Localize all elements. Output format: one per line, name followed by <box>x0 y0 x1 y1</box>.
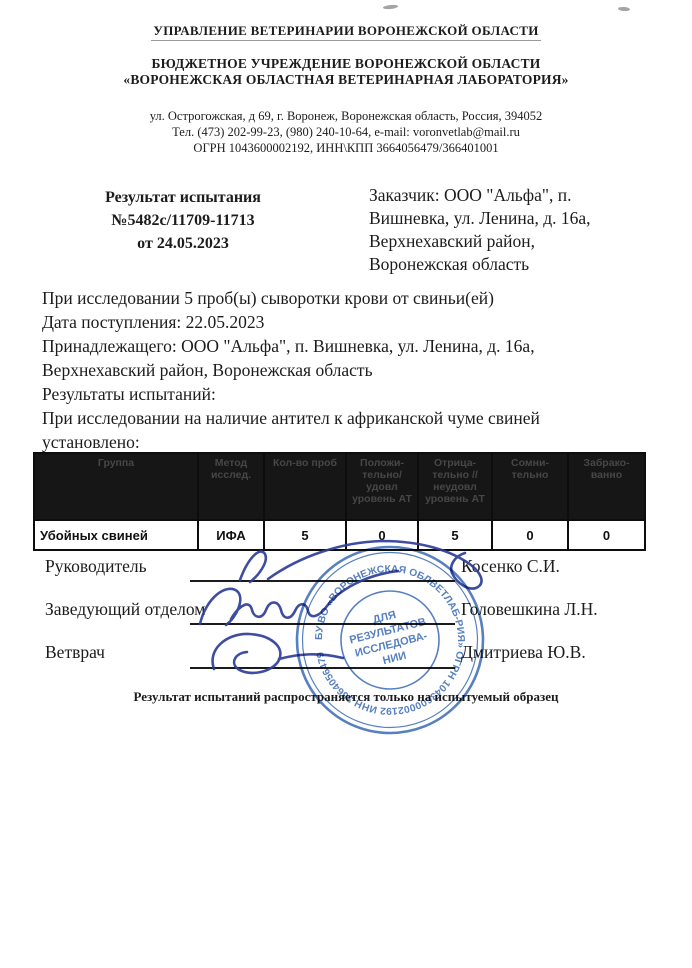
col-header-rejected: Забрако- ванно <box>568 453 645 520</box>
letterhead-org-line1: БЮДЖЕТНОЕ УЧРЕЖДЕНИЕ ВОРОНЕЖСКОЙ ОБЛАСТИ <box>0 56 692 72</box>
letterhead-department-text: УПРАВЛЕНИЕ ВЕТЕРИНАРИИ ВОРОНЕЖСКОЙ ОБЛАС… <box>151 23 540 41</box>
body-text: При исследовании 5 проб(ы) сыворотки кро… <box>42 286 672 454</box>
stamp-center-line: РЕЗУЛЬТАТОВ <box>348 616 427 647</box>
body-line: Принадлежащего: ООО "Альфа", п. Вишневка… <box>42 334 672 358</box>
body-line: Верхнехавский район, Воронежская область <box>42 358 672 382</box>
body-line: При исследовании 5 проб(ы) сыворотки кро… <box>42 286 672 310</box>
customer-block: Заказчик: ООО "Альфа", п. Вишневка, ул. … <box>369 184 681 276</box>
letterhead-address: ул. Острогожская, д 69, г. Воронеж, Воро… <box>0 109 692 124</box>
signature-stroke-director <box>240 552 266 582</box>
result-number: №5482с/11709-11713 <box>70 209 296 232</box>
table-header-row: Группа Метод исслед. Кол-во проб Положи-… <box>34 453 645 520</box>
result-date: от 24.05.2023 <box>70 232 296 255</box>
cell-method: ИФА <box>198 520 264 550</box>
footer-disclaimer: Результат испытаний распространяется тол… <box>0 689 692 705</box>
result-header: Результат испытания №5482с/11709-11713 о… <box>70 186 296 255</box>
col-header-positive: Положи- тельно/ удовл уровень АТ <box>346 453 418 520</box>
scan-speck <box>383 4 398 10</box>
col-header-doubtful: Сомни- тельно <box>492 453 568 520</box>
cell-negative: 5 <box>418 520 492 550</box>
customer-line: Заказчик: ООО "Альфа", п. <box>369 184 681 207</box>
signature-line <box>190 667 455 669</box>
scan-speck <box>618 7 630 12</box>
body-line: Дата поступления: 22.05.2023 <box>42 310 672 334</box>
cell-group: Убойных свиней <box>34 520 198 550</box>
col-header-sample-count: Кол-во проб <box>264 453 346 520</box>
document-page: УПРАВЛЕНИЕ ВЕТЕРИНАРИИ ВОРОНЕЖСКОЙ ОБЛАС… <box>0 0 692 968</box>
col-header-method: Метод исслед. <box>198 453 264 520</box>
customer-line: Вишневка, ул. Ленина, д. 16а, <box>369 207 681 230</box>
letterhead-contacts: Тел. (473) 202-99-23, (980) 240-10-64, e… <box>0 125 692 140</box>
cell-sample-count: 5 <box>264 520 346 550</box>
stamp-center-line: ИССЛЕДОВА- <box>354 630 429 660</box>
signature-name: Косенко С.И. <box>461 556 560 577</box>
stamp-outer-circle <box>297 547 483 733</box>
signature-name: Головешкина Л.Н. <box>461 599 598 620</box>
result-title: Результат испытания <box>70 186 296 209</box>
body-line: установлено: <box>42 430 672 454</box>
letterhead-department: УПРАВЛЕНИЕ ВЕТЕРИНАРИИ ВОРОНЕЖСКОЙ ОБЛАС… <box>0 23 692 39</box>
body-line: Результаты испытаний: <box>42 382 672 406</box>
cell-doubtful: 0 <box>492 520 568 550</box>
stamp-center-line: НИИ <box>382 650 408 667</box>
col-header-negative: Отрица- тельно // неудовл уровень АТ <box>418 453 492 520</box>
signature-role: Ветврач <box>45 642 105 663</box>
cell-rejected: 0 <box>568 520 645 550</box>
signature-line <box>190 580 455 582</box>
customer-line: Верхнехавский район, <box>369 230 681 253</box>
signature-line <box>190 623 455 625</box>
signature-name: Дмитриева Ю.В. <box>461 642 586 663</box>
signature-role: Руководитель <box>45 556 147 577</box>
signature-role: Заведующий отделом <box>45 599 205 620</box>
customer-line: Воронежская область <box>369 253 681 276</box>
col-header-group: Группа <box>34 453 198 520</box>
letterhead-registration: ОГРН 1043600002192, ИНН\КПП 3664056479/3… <box>0 141 692 156</box>
table-row: Убойных свиней ИФА 5 0 5 0 0 <box>34 520 645 550</box>
cell-positive: 0 <box>346 520 418 550</box>
letterhead-org-line2: «ВОРОНЕЖСКАЯ ОБЛАСТНАЯ ВЕТЕРИНАРНАЯ ЛАБО… <box>0 72 692 88</box>
results-table: Группа Метод исслед. Кол-во проб Положи-… <box>33 452 646 551</box>
body-line: При исследовании на наличие антител к аф… <box>42 406 672 430</box>
stamp-inner-circle <box>341 591 439 689</box>
